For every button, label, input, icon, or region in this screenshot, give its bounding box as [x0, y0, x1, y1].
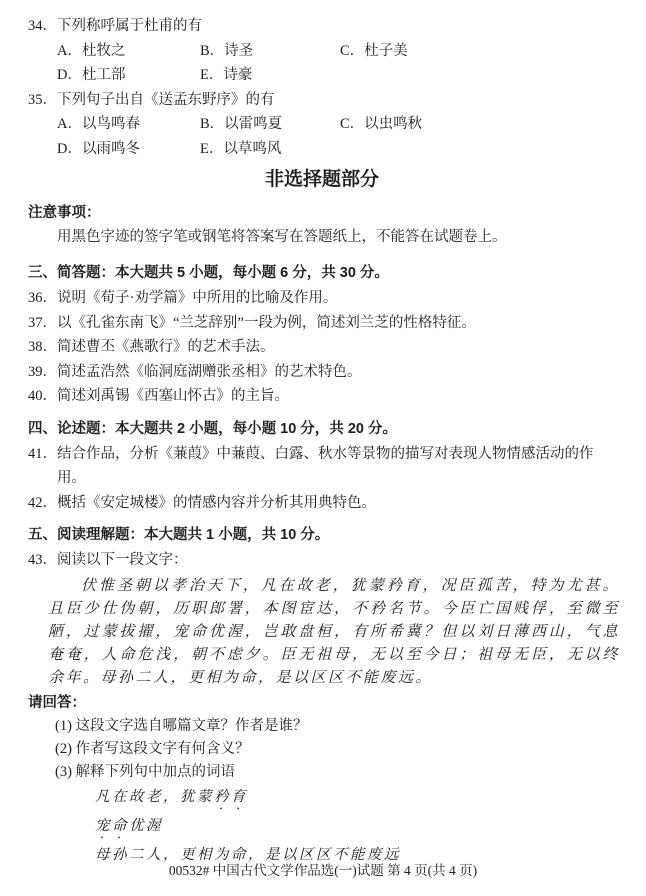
option-35-d: D．以雨鸣冬 [57, 137, 200, 162]
option-34-e: E．诗豪 [200, 63, 340, 88]
option-34-c: C．杜子美 [340, 39, 616, 64]
excerpt-line-2: 宠命优渥 [95, 813, 616, 842]
option-35-e: E．以草鸣风 [200, 137, 340, 162]
section-4-heading: 四、论述题：本大题共 2 小题，每小题 10 分，共 20 分。 [28, 417, 616, 442]
excerpt-1-emphasized: 矜育 [214, 789, 248, 805]
option-34-a: A．杜牧之 [57, 39, 200, 64]
question-40: 40．简述刘禹锡《西塞山怀古》的主旨。 [28, 384, 616, 409]
exam-page: 34．下列称呼属于杜甫的有 A．杜牧之 B．诗圣 C．杜子美 D．杜工部 E．诗… [0, 0, 646, 871]
question-43-intro: 43．阅读以下一段文字： [28, 548, 616, 573]
question-38: 38．简述曹丕《燕歌行》的艺术手法。 [28, 335, 616, 360]
notice-title: 注意事项： [28, 202, 616, 225]
subquestion-3: (3) 解释下列句中加点的词语 [28, 761, 616, 784]
page-footer: 00532# 中国古代文学作品选(一)试题 第 4 页(共 4 页) [0, 859, 646, 879]
question-36: 36．说明《荀子·劝学篇》中所用的比喻及作用。 [28, 286, 616, 311]
question-39: 39．简述孟浩然《临洞庭湖赠张丞相》的艺术特色。 [28, 360, 616, 385]
notice-body: 用黑色字迹的签字笔或钢笔将答案写在答题纸上，不能答在试题卷上。 [28, 225, 616, 249]
section-5-heading: 五、阅读理解题：本大题共 1 小题，共 10 分。 [28, 523, 616, 548]
question-42: 42．概括《安定城楼》的情感内容并分析其用典特色。 [28, 491, 616, 516]
option-35-a: A．以鸟鸣春 [57, 112, 200, 137]
excerpt-2-emphasized: 宠命 [95, 818, 129, 834]
question-41: 41．结合作品，分析《蒹葭》中蒹葭、白露、秋水等景物的描写对表现人物情感活动的作… [28, 442, 616, 491]
subquestion-1: (1) 这段文字选自哪篇文章？作者是谁？ [28, 715, 616, 738]
subquestion-2: (2) 作者写这段文字有何含义？ [28, 738, 616, 761]
option-34-d: D．杜工部 [57, 63, 200, 88]
question-34-options-row-2: D．杜工部 E．诗豪 [28, 63, 616, 88]
nonmcq-section-heading: 非选择题部分 [28, 166, 616, 194]
question-35-stem: 35．下列句子出自《送孟东野序》的有 [28, 88, 616, 113]
section-3-heading: 三、简答题：本大题共 5 小题，每小题 6 分，共 30 分。 [28, 261, 616, 286]
option-35-b: B．以雷鸣夏 [200, 112, 340, 137]
excerpt-line-1: 凡在故老，犹蒙矜育 [95, 784, 616, 813]
option-34-b: B．诗圣 [200, 39, 340, 64]
question-34-options-row-1: A．杜牧之 B．诗圣 C．杜子美 [28, 39, 616, 64]
question-37: 37．以《孔雀东南飞》“兰芝辞别”一段为例，简述刘兰芝的性格特征。 [28, 311, 616, 336]
excerpt-2-suffix: 优渥 [129, 818, 163, 834]
answer-prompt: 请回答： [28, 691, 616, 715]
question-34-stem: 34．下列称呼属于杜甫的有 [28, 14, 616, 39]
question-35-options-row-2: D．以雨鸣冬 E．以草鸣风 [28, 137, 616, 162]
excerpt-1-prefix: 凡在故老，犹蒙 [95, 789, 214, 805]
reading-passage: 伏惟圣朝以孝治天下，凡在故老，犹蒙矜育，况臣孤苦，特为尤甚。且臣少仕伪朝，历职郎… [48, 575, 620, 690]
question-35-options-row-1: A．以鸟鸣春 B．以雷鸣夏 C．以虫鸣秋 [28, 112, 616, 137]
option-35-c: C．以虫鸣秋 [340, 112, 616, 137]
